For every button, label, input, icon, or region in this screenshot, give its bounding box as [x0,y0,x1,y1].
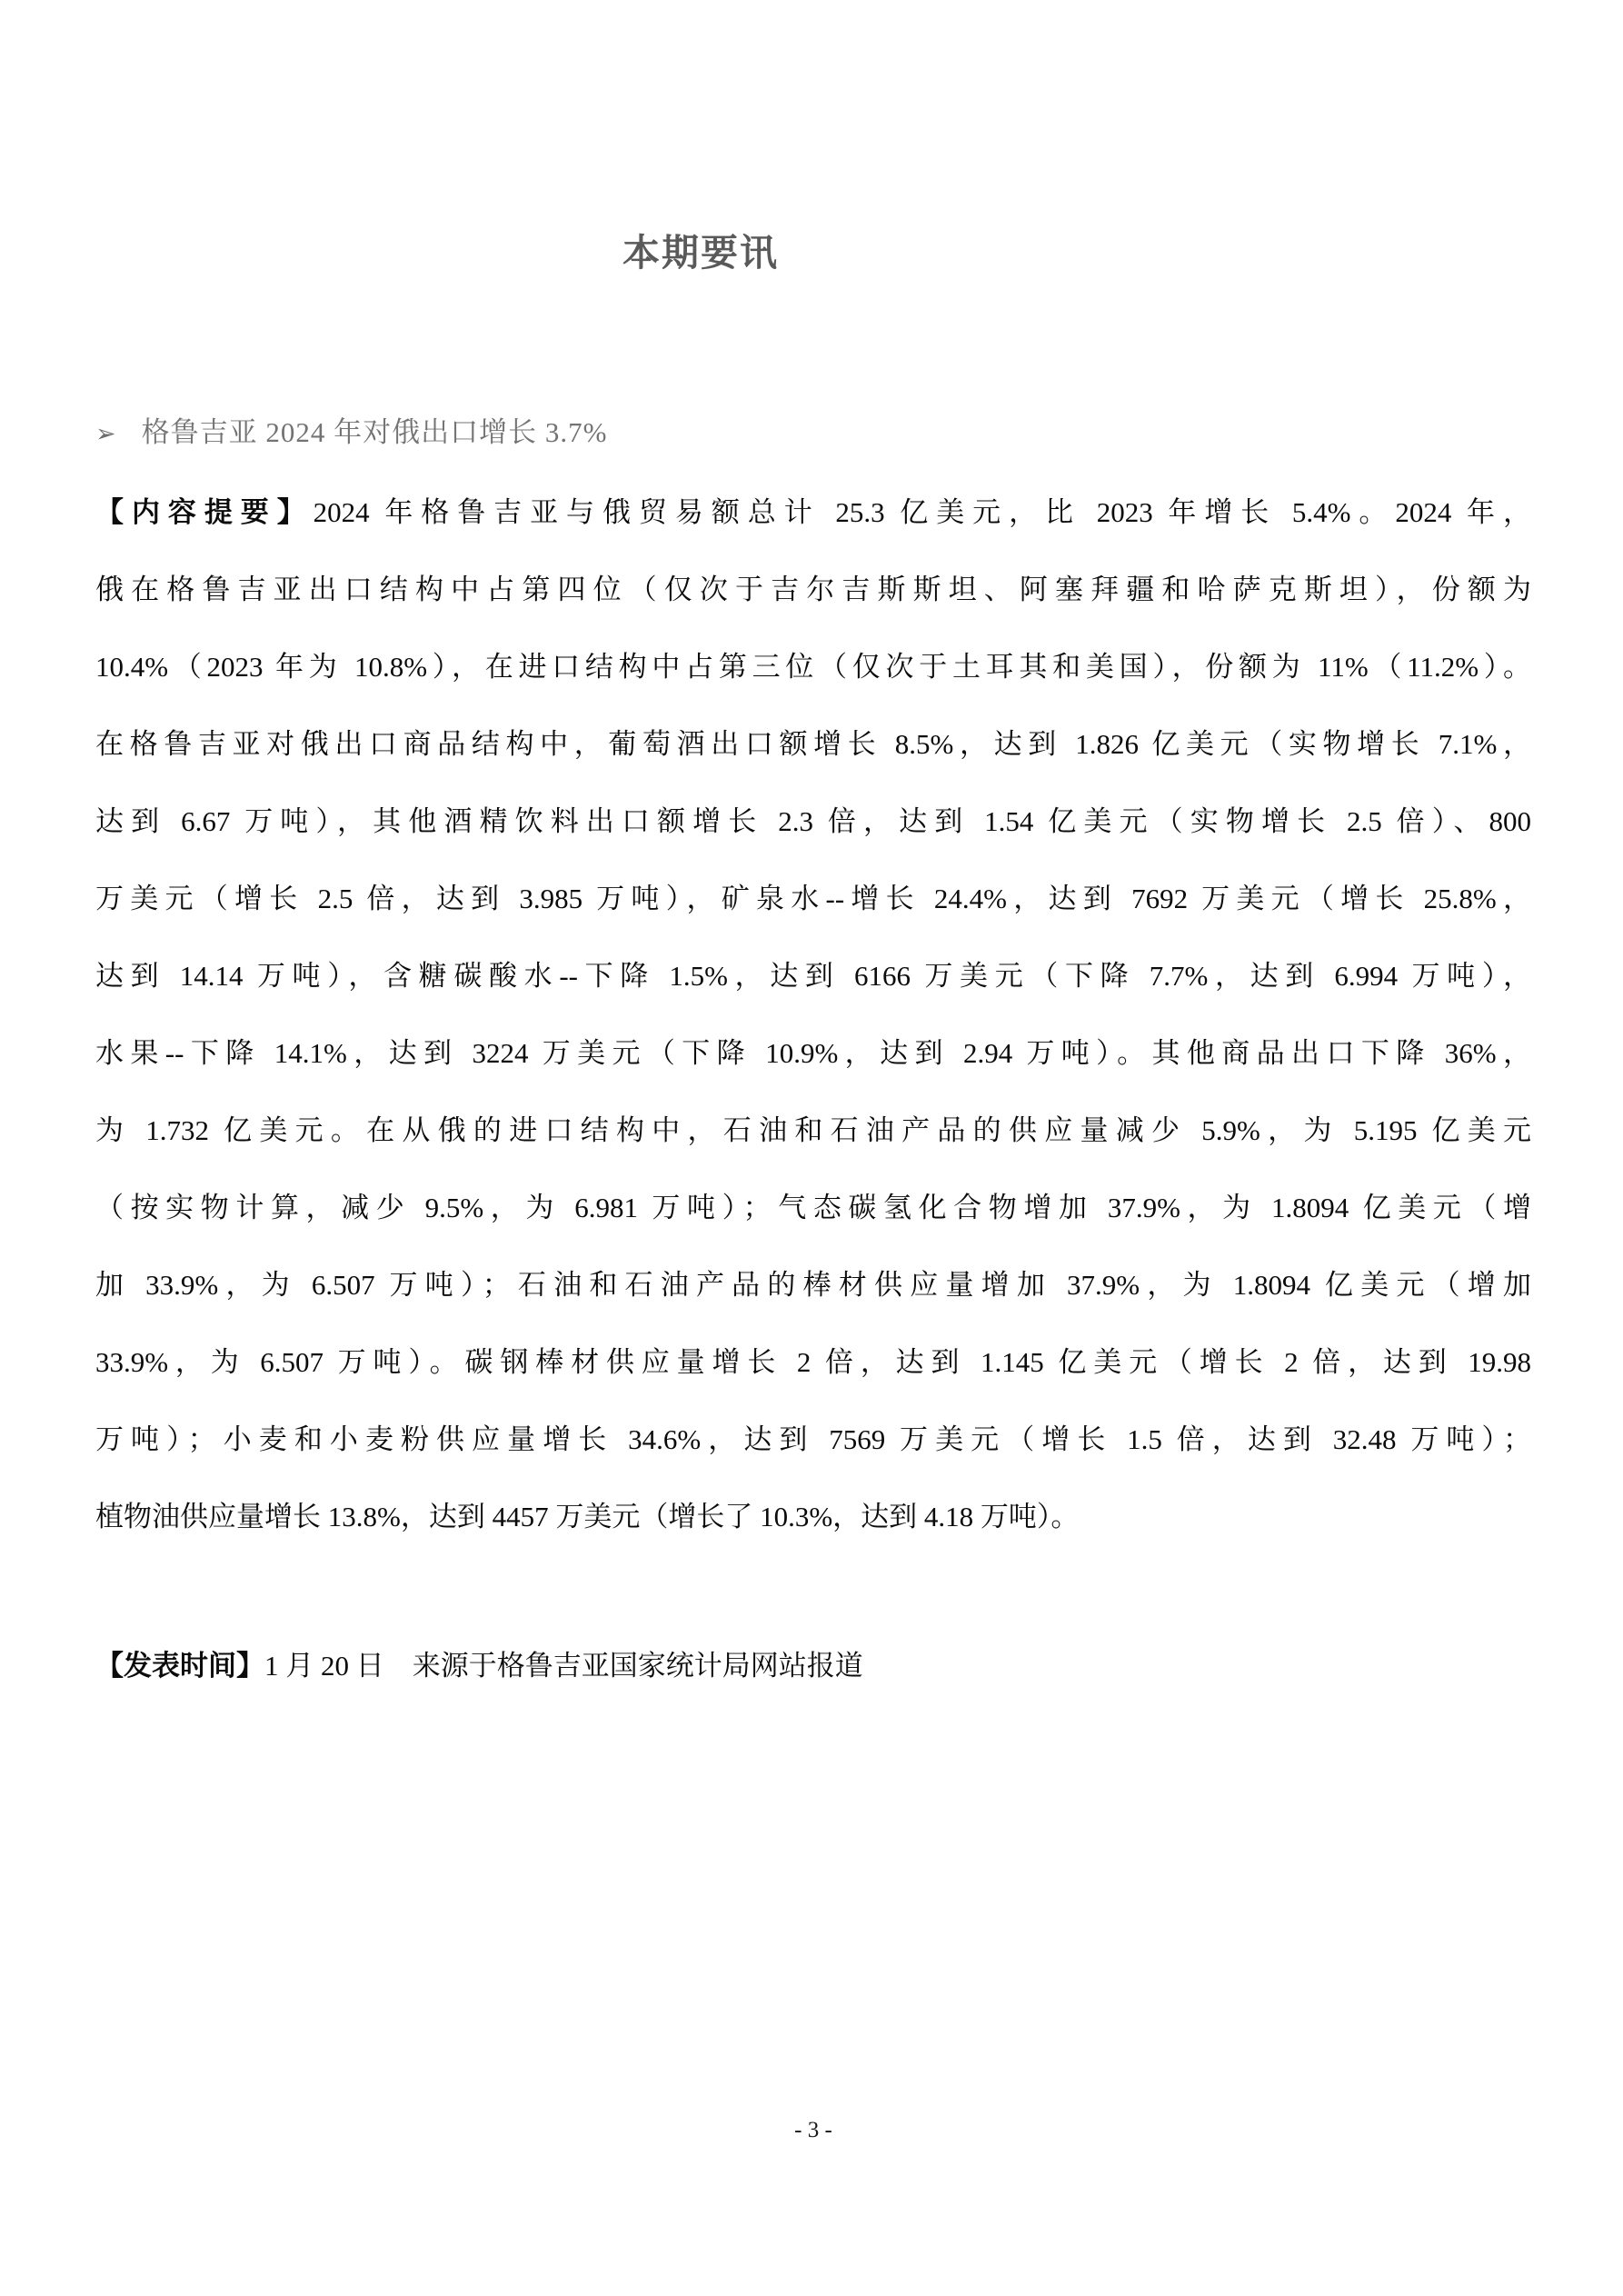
published-line: 【发表时间】1 月 20 日 来源于格鲁吉亚国家统计局网站报道 [95,1644,1531,1688]
summary-label: 【内容提要】 [95,496,314,528]
paragraph-line: （按实物计算，减少 9.5%，为 6.981 万吨）；气态碳氢化合物增加 37.… [95,1169,1531,1246]
paragraph-line: 达到 6.67 万吨），其他酒精饮料出口额增长 2.3 倍，达到 1.54 亿美… [95,783,1531,860]
paragraph-line: 加 33.9%，为 6.507 万吨）；石油和石油产品的棒材供应量增加 37.9… [95,1246,1531,1323]
paragraph-line: 在格鲁吉亚对俄出口商品结构中，葡萄酒出口额增长 8.5%，达到 1.826 亿美… [95,705,1531,783]
page-content: 本期要讯 ➢ 格鲁吉亚 2024 年对俄出口增长 3.7% 【内容提要】2024… [0,223,1623,1688]
published-label: 【发表时间】 [95,1650,264,1682]
highlight-heading: 格鲁吉亚 2024 年对俄出口增长 3.7% [142,409,608,450]
paragraph-line: 万吨）；小麦和小麦粉供应量增长 34.6%，达到 7569 万美元（增长 1.5… [95,1401,1531,1478]
paragraph-line: 【内容提要】2024 年格鲁吉亚与俄贸易额总计 25.3 亿美元，比 2023 … [95,474,1531,551]
highlight-item: ➢ 格鲁吉亚 2024 年对俄出口增长 3.7% [95,409,1531,450]
paragraph-line: 为 1.732 亿美元。在从俄的进口结构中，石油和石油产品的供应量减少 5.9%… [95,1092,1531,1169]
paragraph-line: 俄在格鲁吉亚出口结构中占第四位（仅次于吉尔吉斯斯坦、阿塞拜疆和哈萨克斯坦），份额… [95,551,1531,628]
summary-lines: 俄在格鲁吉亚出口结构中占第四位（仅次于吉尔吉斯斯坦、阿塞拜疆和哈萨克斯坦），份额… [95,551,1531,1555]
summary-paragraph: 【内容提要】2024 年格鲁吉亚与俄贸易额总计 25.3 亿美元，比 2023 … [95,474,1531,1555]
arrow-bullet-icon: ➢ [95,420,116,448]
paragraph-line: 10.4%（2023 年为 10.8%），在进口结构中占第三位（仅次于土耳其和美… [95,628,1531,705]
paragraph-line: 达到 14.14 万吨），含糖碳酸水--下降 1.5%，达到 6166 万美元（… [95,937,1531,1014]
paragraph-line: 33.9%，为 6.507 万吨）。碳钢棒材供应量增长 2 倍，达到 1.145… [95,1323,1531,1401]
page-title: 本期要讯 [0,223,1419,276]
paragraph-line: 水果--下降 14.1%，达到 3224 万美元（下降 10.9%，达到 2.9… [95,1014,1531,1092]
document-page: 本期要讯 ➢ 格鲁吉亚 2024 年对俄出口增长 3.7% 【内容提要】2024… [0,0,1623,2296]
paragraph-line: 万美元（增长 2.5 倍，达到 3.985 万吨），矿泉水--增长 24.4%，… [95,860,1531,937]
summary-first-line-text: 2024 年格鲁吉亚与俄贸易额总计 25.3 亿美元，比 2023 年增长 5.… [314,496,1531,528]
paragraph-line: 植物油供应量增长 13.8%，达到 4457 万美元（增长了 10.3%，达到 … [95,1478,1531,1555]
page-number: - 3 - [95,2118,1531,2143]
published-text: 1 月 20 日 来源于格鲁吉亚国家统计局网站报道 [264,1650,863,1682]
